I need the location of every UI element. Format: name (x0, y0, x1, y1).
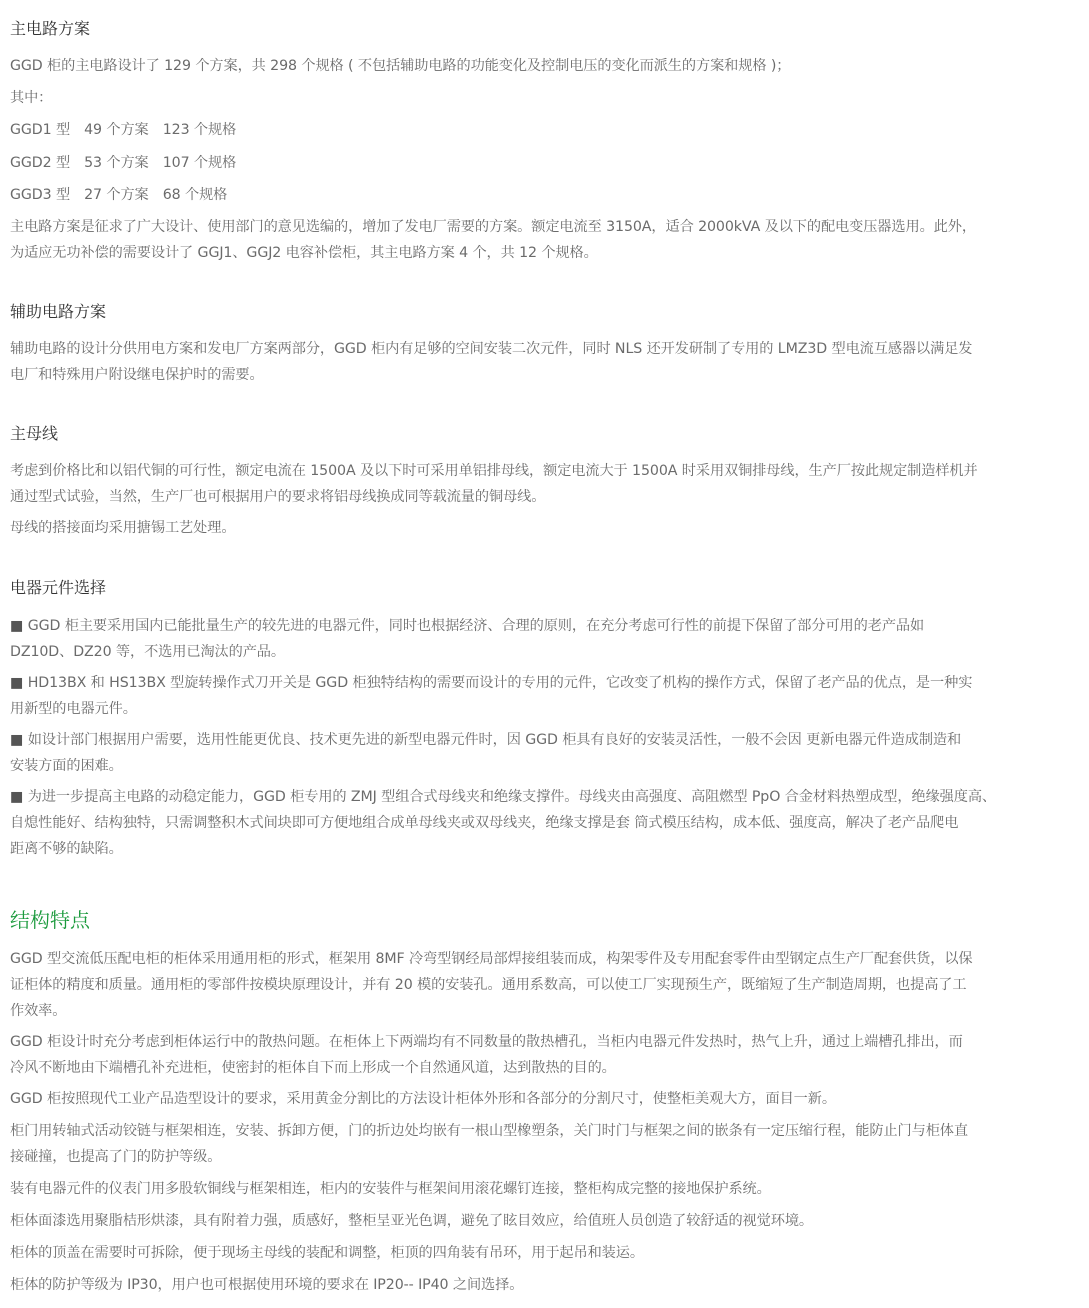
text-line: 通过型式试验，当然，生产厂也可根据用户的要求将铝母线换成同等载流量的铜母线。 (10, 484, 1076, 510)
section-heading-structure: 结构特点 (10, 904, 90, 933)
text-line: GGD 柜设计时充分考虑到柜体运行中的散热问题。在柜体上下两端均有不同数量的散热… (10, 1029, 1076, 1055)
text-line: 母线的搭接面均采用搪锡工艺处理。 (10, 515, 1076, 541)
text-line: 接碰撞，也提高了门的防护等级。 (10, 1144, 1076, 1170)
text-line: 柜体的防护等级为 IP30，用户也可根据使用环境的要求在 IP20-- IP40… (10, 1272, 1076, 1298)
square-bullet-icon: ■ (10, 618, 23, 634)
text-line: GGD 柜按照现代工业产品造型设计的要求，采用黄金分割比的方法设计柜体外形和各部… (10, 1086, 1076, 1112)
paragraph: 柜体面漆选用聚脂桔形烘漆，具有附着力强，质感好，整柜呈亚光色调，避免了眩目效应，… (10, 1208, 1076, 1234)
square-bullet-icon: ■ (10, 675, 23, 691)
text-line: 其中： (10, 85, 1076, 111)
paragraph: 其中： (10, 85, 1076, 111)
text-line: 考虑到价格比和以铝代铜的可行性，额定电流在 1500A 及以下时可采用单铝排母线… (10, 458, 1076, 484)
paragraph: 装有电器元件的仪表门用多股软铜线与框架相连，柜内的安装件与框架间用滚花螺钉连接，… (10, 1176, 1076, 1202)
text-line: 主电路方案是征求了广大设计、使用部门的意见选编的，增加了发电厂需要的方案。额定电… (10, 214, 1076, 240)
text-line: 自熄性能好、结构独特，只需调整积木式间块即可方便地组合成单母线夹或双母线夹，绝缘… (10, 810, 1076, 836)
text-line: 装有电器元件的仪表门用多股软铜线与框架相连，柜内的安装件与框架间用滚花螺钉连接，… (10, 1176, 1076, 1202)
text-line: GGD1 型 49 个方案 123 个规格 (10, 117, 1076, 143)
bullet-paragraph: ■ 为进一步提高主电路的动稳定能力，GGD 柜专用的 ZMJ 型组合式母线夹和绝… (10, 784, 1076, 862)
spec-row: GGD3 型 27 个方案 68 个规格 (10, 182, 1076, 208)
paragraph: 辅助电路的设计分供用电方案和发电厂方案两部分，GGD 柜内有足够的空间安装二次元… (10, 336, 1076, 388)
text-line: 安装方面的困难。 (10, 753, 1076, 779)
text-line: 辅助电路的设计分供用电方案和发电厂方案两部分，GGD 柜内有足够的空间安装二次元… (10, 336, 1076, 362)
section-heading-main-circuit: 主电路方案 (10, 16, 90, 39)
paragraph: 考虑到价格比和以铝代铜的可行性，额定电流在 1500A 及以下时可采用单铝排母线… (10, 458, 1076, 510)
text-line: 电厂和特殊用户附设继电保护时的需要。 (10, 362, 1076, 388)
text-line: GGD 柜的主电路设计了 129 个方案，共 298 个规格 ( 不包括辅助电路… (10, 53, 1076, 79)
text-line: HD13BX 和 HS13BX 型旋转操作式刀开关是 GGD 柜独特结构的需要而… (23, 675, 972, 691)
square-bullet-icon: ■ (10, 732, 23, 748)
paragraph: GGD 柜按照现代工业产品造型设计的要求，采用黄金分割比的方法设计柜体外形和各部… (10, 1086, 1076, 1112)
text-line: GGD3 型 27 个方案 68 个规格 (10, 182, 1076, 208)
bullet-paragraph: ■ HD13BX 和 HS13BX 型旋转操作式刀开关是 GGD 柜独特结构的需… (10, 670, 1076, 722)
bullet-paragraph: ■ GGD 柜主要采用国内已能批量生产的较先进的电器元件，同时也根据经济、合理的… (10, 613, 1076, 665)
text-line: 为适应无功补偿的需要设计了 GGJ1、GGJ2 电容补偿柜，其主电路方案 4 个… (10, 240, 1076, 266)
text-line: 冷风不断地由下端槽孔补充进柜，使密封的柜体自下而上形成一个自然通风道，达到散热的… (10, 1055, 1076, 1081)
spec-row: GGD2 型 53 个方案 107 个规格 (10, 150, 1076, 176)
section-heading-components: 电器元件选择 (10, 575, 106, 598)
paragraph: 主电路方案是征求了广大设计、使用部门的意见选编的，增加了发电厂需要的方案。额定电… (10, 214, 1076, 266)
paragraph: GGD 柜设计时充分考虑到柜体运行中的散热问题。在柜体上下两端均有不同数量的散热… (10, 1029, 1076, 1081)
paragraph: GGD 型交流低压配电柜的柜体采用通用柜的形式，框架用 8MF 冷弯型钢经局部焊… (10, 946, 1076, 1024)
bullet-paragraph: ■ 如设计部门根据用户需要，选用性能更优良、技术更先进的新型电器元件时，因 GG… (10, 727, 1076, 779)
text-line: GGD2 型 53 个方案 107 个规格 (10, 150, 1076, 176)
paragraph: GGD 柜的主电路设计了 129 个方案，共 298 个规格 ( 不包括辅助电路… (10, 53, 1076, 79)
text-line: GGD 型交流低压配电柜的柜体采用通用柜的形式，框架用 8MF 冷弯型钢经局部焊… (10, 946, 1076, 972)
paragraph: 柜体的顶盖在需要时可拆除，便于现场主母线的装配和调整，柜顶的四角装有吊环，用于起… (10, 1240, 1076, 1266)
text-line: 柜体面漆选用聚脂桔形烘漆，具有附着力强，质感好，整柜呈亚光色调，避免了眩目效应，… (10, 1208, 1076, 1234)
paragraph: 柜体的防护等级为 IP30，用户也可根据使用环境的要求在 IP20-- IP40… (10, 1272, 1076, 1298)
text-line: 作效率。 (10, 998, 1076, 1024)
text-line: 柜门用转轴式活动铰链与框架相连，安装、拆卸方便，门的折边处均嵌有一根山型橡塑条，… (10, 1118, 1076, 1144)
square-bullet-icon: ■ (10, 789, 23, 805)
spec-row: GGD1 型 49 个方案 123 个规格 (10, 117, 1076, 143)
text-line: GGD 柜主要采用国内已能批量生产的较先进的电器元件，同时也根据经济、合理的原则… (23, 618, 924, 634)
paragraph: 母线的搭接面均采用搪锡工艺处理。 (10, 515, 1076, 541)
text-line: 柜体的顶盖在需要时可拆除，便于现场主母线的装配和调整，柜顶的四角装有吊环，用于起… (10, 1240, 1076, 1266)
text-line: 用新型的电器元件。 (10, 696, 1076, 722)
text-line: 为进一步提高主电路的动稳定能力，GGD 柜专用的 ZMJ 型组合式母线夹和绝缘支… (23, 789, 996, 805)
text-line: 如设计部门根据用户需要，选用性能更优良、技术更先进的新型电器元件时，因 GGD … (23, 732, 961, 748)
text-line: 证柜体的精度和质量。通用柜的零部件按模块原理设计，并有 20 模的安装孔。通用系… (10, 972, 1076, 998)
section-heading-busbar: 主母线 (10, 421, 58, 444)
section-heading-aux-circuit: 辅助电路方案 (10, 299, 106, 322)
text-line: DZ10D、DZ20 等，不选用已淘汰的产品。 (10, 639, 1076, 665)
text-line: 距离不够的缺陷。 (10, 836, 1076, 862)
paragraph: 柜门用转轴式活动铰链与框架相连，安装、拆卸方便，门的折边处均嵌有一根山型橡塑条，… (10, 1118, 1076, 1170)
